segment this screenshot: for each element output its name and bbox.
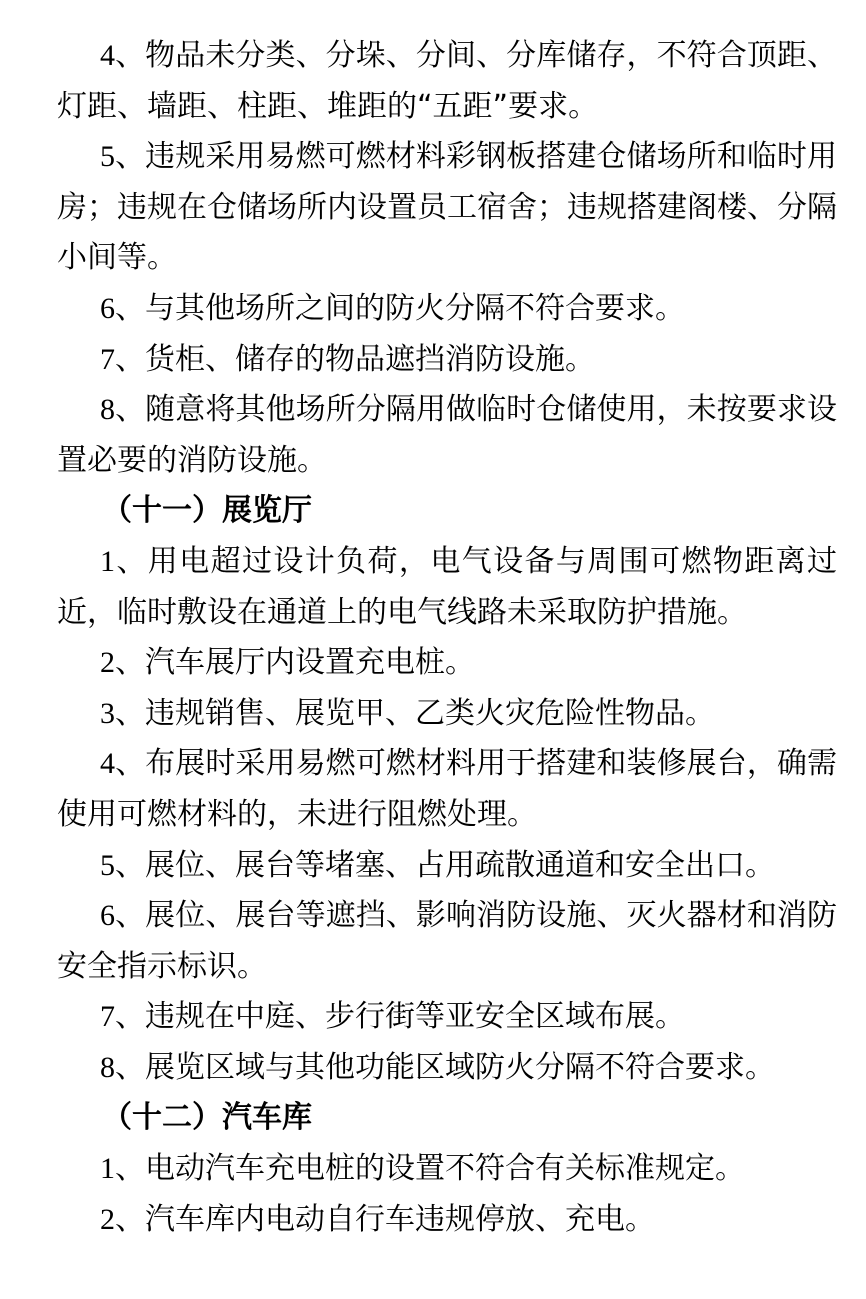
item-number: 8、 [100, 393, 145, 426]
list-item: 3、违规销售、展览甲、乙类火灾危险性物品。 [57, 689, 837, 740]
item-number: 4、 [100, 747, 145, 780]
list-item: 7、货柜、储存的物品遮挡消防设施。 [57, 335, 837, 386]
item-text: 布展时采用易燃可燃材料用于搭建和装修展台，确需使用可燃材料的，未进行阻燃处理。 [57, 746, 837, 832]
list-item: 5、违规采用易燃可燃材料彩钢板搭建仓储场所和临时用房；违规在仓储场所内设置员工宿… [57, 132, 837, 284]
list-item: 4、物品未分类、分垛、分间、分库储存，不符合顶距、灯距、墙距、柱距、堆距的“五距… [57, 31, 837, 132]
item-text: 货柜、储存的物品遮挡消防设施。 [145, 342, 595, 377]
list-item: 4、布展时采用易燃可燃材料用于搭建和装修展台，确需使用可燃材料的，未进行阻燃处理… [57, 739, 837, 840]
item-text: 电动汽车充电桩的设置不符合有关标准规定。 [145, 1151, 745, 1186]
item-number: 7、 [100, 1000, 145, 1033]
section-heading-text: （十一）展览厅 [102, 493, 312, 528]
list-item: 6、展位、展台等遮挡、影响消防设施、灭火器材和消防安全指示标识。 [57, 891, 837, 992]
section-heading-text: （十二）汽车库 [102, 1100, 312, 1135]
list-item: 5、展位、展台等堵塞、占用疏散通道和安全出口。 [57, 841, 837, 892]
item-number: 2、 [100, 646, 145, 679]
section-heading: （十一）展览厅 [57, 486, 837, 537]
item-text: 汽车库内电动自行车违规停放、充电。 [145, 1202, 655, 1237]
document-page: 4、物品未分类、分垛、分间、分库储存，不符合顶距、灯距、墙距、柱距、堆距的“五距… [0, 0, 866, 1299]
list-item: 1、电动汽车充电桩的设置不符合有关标准规定。 [57, 1144, 837, 1195]
section-heading: （十二）汽车库 [57, 1093, 837, 1144]
list-item: 8、展览区域与其他功能区域防火分隔不符合要求。 [57, 1043, 837, 1094]
item-text: 展览区域与其他功能区域防火分隔不符合要求。 [145, 1050, 775, 1085]
document-body: 4、物品未分类、分垛、分间、分库储存，不符合顶距、灯距、墙距、柱距、堆距的“五距… [57, 31, 837, 1245]
list-item: 7、违规在中庭、步行街等亚安全区域布展。 [57, 992, 837, 1043]
item-text: 与其他场所之间的防火分隔不符合要求。 [145, 291, 685, 326]
item-text: 违规采用易燃可燃材料彩钢板搭建仓储场所和临时用房；违规在仓储场所内设置员工宿舍；… [57, 139, 837, 275]
item-number: 7、 [100, 343, 145, 376]
item-number: 5、 [100, 140, 145, 173]
item-text: 用电超过设计负荷，电气设备与周围可燃物距离过近，临时敷设在通道上的电气线路未采取… [57, 544, 837, 630]
item-number: 6、 [100, 292, 145, 325]
item-number: 6、 [100, 899, 145, 932]
item-text: 违规在中庭、步行街等亚安全区域布展。 [145, 999, 685, 1034]
item-text: 展位、展台等堵塞、占用疏散通道和安全出口。 [145, 848, 775, 883]
list-item: 6、与其他场所之间的防火分隔不符合要求。 [57, 284, 837, 335]
item-number: 8、 [100, 1051, 145, 1084]
item-number: 1、 [100, 545, 148, 578]
item-text: 展位、展台等遮挡、影响消防设施、灭火器材和消防安全指示标识。 [57, 898, 837, 984]
item-number: 1、 [100, 1152, 145, 1185]
list-item: 2、汽车展厅内设置充电桩。 [57, 638, 837, 689]
item-text: 物品未分类、分垛、分间、分库储存，不符合顶距、灯距、墙距、柱距、堆距的“五距”要… [57, 38, 837, 124]
list-item: 8、随意将其他场所分隔用做临时仓储使用，未按要求设置必要的消防设施。 [57, 385, 837, 486]
item-number: 3、 [100, 697, 145, 730]
list-item: 1、用电超过设计负荷，电气设备与周围可燃物距离过近，临时敷设在通道上的电气线路未… [57, 537, 837, 638]
item-text: 随意将其他场所分隔用做临时仓储使用，未按要求设置必要的消防设施。 [57, 392, 837, 478]
item-number: 5、 [100, 849, 145, 882]
item-number: 4、 [100, 39, 145, 72]
item-text: 汽车展厅内设置充电桩。 [145, 645, 475, 680]
list-item: 2、汽车库内电动自行车违规停放、充电。 [57, 1195, 837, 1246]
item-number: 2、 [100, 1203, 145, 1236]
item-text: 违规销售、展览甲、乙类火灾危险性物品。 [145, 696, 715, 731]
